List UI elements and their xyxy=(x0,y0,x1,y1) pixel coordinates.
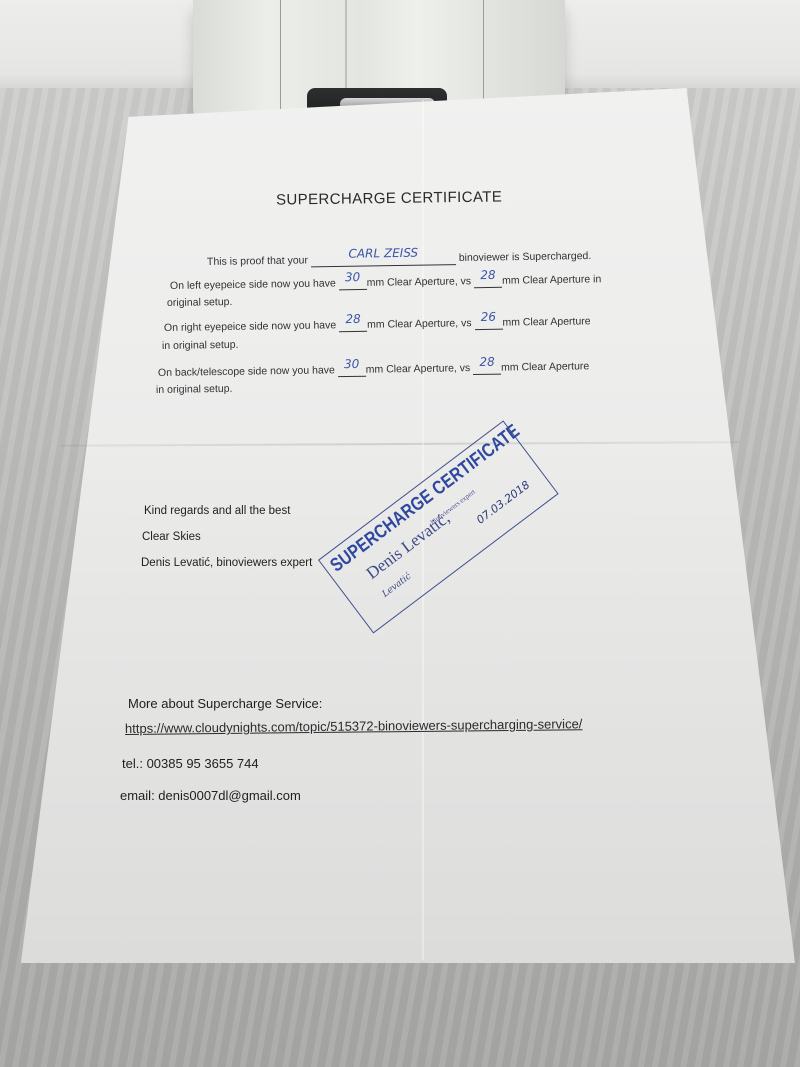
right-eyepiece-line: On right eyepeice side now you have 28mm… xyxy=(164,313,591,335)
closing-signer: Denis Levatić, binoviewers expert xyxy=(141,557,312,569)
proof-prefix: This is proof that your xyxy=(207,254,308,268)
right-old-blank: 26 xyxy=(474,315,502,330)
back-tail: in original setup. xyxy=(156,383,233,396)
closing-clear-skies: Clear Skies xyxy=(142,531,201,543)
left-prefix: On left eyepeice side now you have xyxy=(170,277,336,292)
back-old-mm: 28 xyxy=(479,355,494,369)
left-new-blank: 30 xyxy=(339,275,367,290)
closing-regards: Kind regards and all the best xyxy=(144,505,290,517)
certificate-title: SUPERCHARGE CERTIFICATE xyxy=(276,188,502,208)
right-suffix: mm Clear Aperture xyxy=(502,315,590,328)
supercharge-stamp: SUPERCHARGE CERTIFICATE Denis Levatić, b… xyxy=(318,420,559,633)
back-new-mm: 30 xyxy=(344,357,359,371)
right-tail: in original setup. xyxy=(162,339,239,352)
stamp-date: 07.03.2018 xyxy=(474,478,532,526)
service-url-link[interactable]: https://www.cloudynights.com/topic/51537… xyxy=(125,716,583,736)
proof-line: This is proof that your CARL ZEISS binov… xyxy=(207,248,592,269)
back-middle: mm Clear Aperture, vs xyxy=(366,362,471,376)
right-middle: mm Clear Aperture, vs xyxy=(367,317,472,331)
contact-heading: More about Supercharge Service: xyxy=(128,696,322,711)
left-new-mm: 30 xyxy=(345,270,360,284)
left-old-blank: 28 xyxy=(474,273,502,288)
left-middle: mm Clear Aperture, vs xyxy=(367,275,472,289)
back-old-blank: 28 xyxy=(473,360,501,375)
left-old-mm: 28 xyxy=(480,268,495,282)
contact-email: email: denis0007dl@gmail.com xyxy=(120,788,301,803)
right-new-blank: 28 xyxy=(339,317,367,332)
right-new-mm: 28 xyxy=(345,312,360,326)
back-new-blank: 30 xyxy=(338,362,366,377)
right-prefix: On right eyepeice side now you have xyxy=(164,319,336,334)
left-eyepiece-line: On left eyepeice side now you have 30mm … xyxy=(170,271,601,293)
left-tail: original setup. xyxy=(167,296,233,309)
back-telescope-line: On back/telescope side now you have 30mm… xyxy=(158,358,589,380)
left-suffix: mm Clear Aperture in xyxy=(502,273,601,287)
contact-phone: tel.: 00385 95 3655 744 xyxy=(122,756,259,771)
back-prefix: On back/telescope side now you have xyxy=(158,364,335,379)
brand-handwritten: CARL ZEISS xyxy=(348,246,418,261)
right-old-mm: 26 xyxy=(481,310,496,324)
back-suffix: mm Clear Aperture xyxy=(501,360,589,373)
stamp-signature: Levatić xyxy=(381,572,414,600)
proof-suffix: binoviewer is Supercharged. xyxy=(459,250,592,264)
brand-blank: CARL ZEISS xyxy=(311,250,456,267)
certificate-document: SUPERCHARGE CERTIFICATE This is proof th… xyxy=(0,0,800,1067)
